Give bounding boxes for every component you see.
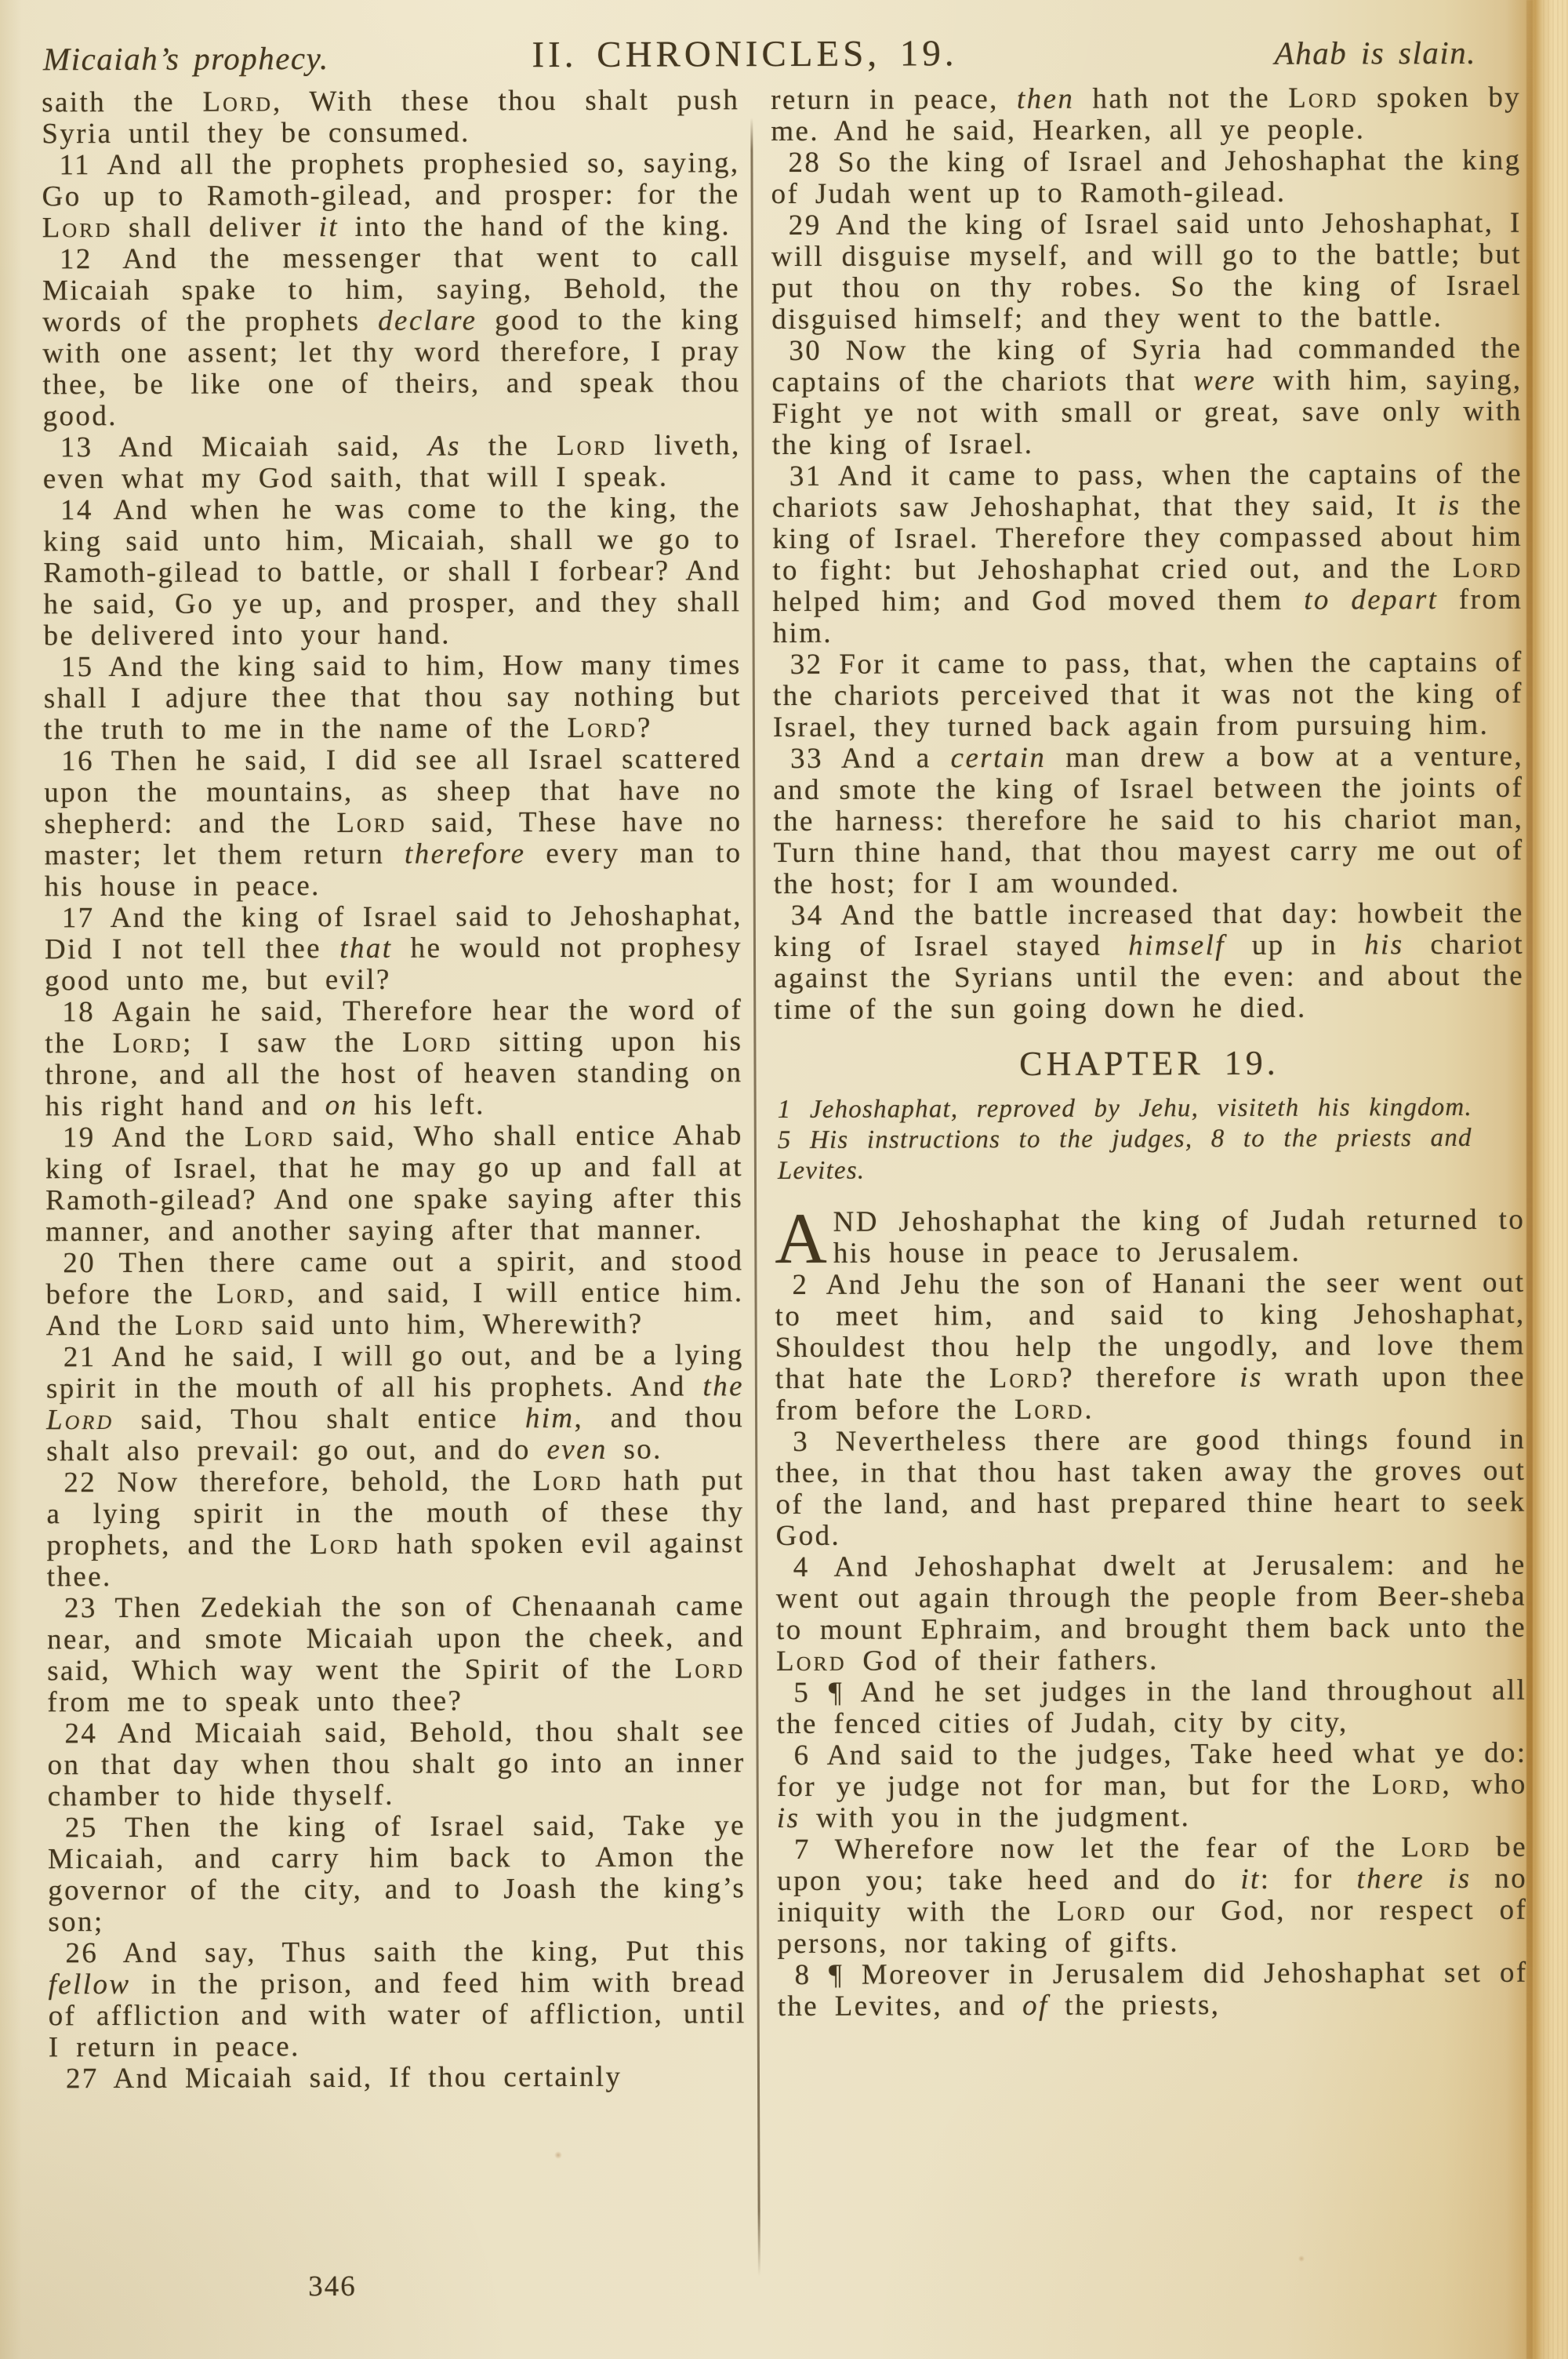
verse-number: 34 xyxy=(791,900,840,932)
verse: 24 And Micaiah said, Behold, thou shalt … xyxy=(47,1716,745,1812)
drop-cap-lead: ND xyxy=(833,1206,879,1238)
verse: 23 Then Zedekiah the son of Chenaanah ca… xyxy=(47,1590,746,1718)
italic-emphasis: His instructions to the judges, xyxy=(810,1125,1211,1154)
verse: 18 Again he said, Therefore hear the wor… xyxy=(45,994,743,1122)
divine-name-small-caps: Lord xyxy=(202,85,273,118)
running-head-center: II. CHRONICLES, 19. xyxy=(0,31,1494,78)
verse: 33 And a certain man drew a bow at a ven… xyxy=(773,741,1524,900)
page-fore-edge xyxy=(1543,0,1568,2359)
divine-name-small-caps: Lord xyxy=(1453,552,1523,584)
verse-number: 6 xyxy=(793,1739,826,1772)
divine-name-small-caps: Lord xyxy=(1057,1895,1127,1927)
verse: 11 And all the prophets prophesied so, s… xyxy=(42,147,739,244)
italic-emphasis: him xyxy=(525,1402,575,1434)
verse: 26 And say, Thus saith the king, Put thi… xyxy=(48,1936,746,2063)
italic-emphasis: certain xyxy=(951,742,1047,774)
verse-with-drop-cap: AND Jehoshaphat the king of Judah return… xyxy=(775,1205,1525,1270)
divine-name-small-caps: Lord xyxy=(557,430,627,462)
verse: 12 And the messenger that went to call M… xyxy=(42,242,741,432)
italic-emphasis: to depart xyxy=(1304,583,1438,616)
divine-name-small-caps: Lord xyxy=(310,1528,380,1561)
verse: 4 And Jehoshaphat dwelt at Jerusalem: an… xyxy=(776,1550,1527,1677)
italic-emphasis: even xyxy=(546,1434,608,1466)
verse: 14 And when he was come to the king, the… xyxy=(43,493,742,652)
italic-emphasis: is xyxy=(1240,1361,1263,1394)
verse: 30 Now the king of Syria had commanded t… xyxy=(771,333,1523,461)
verse-number: 13 xyxy=(60,431,119,463)
italic-emphasis: therefore xyxy=(405,838,526,871)
chapter-summary: 1 Jehoshaphat, reproved by Jehu, visitet… xyxy=(778,1092,1497,1187)
verse-number: 11 xyxy=(59,149,107,181)
verse: 28 So the king of Israel and Jehoshaphat… xyxy=(771,145,1521,210)
verse-number: 21 xyxy=(64,1341,112,1373)
page-number: 346 xyxy=(308,2270,357,2303)
verse: 15 And the king said to him, How many ti… xyxy=(44,649,742,746)
divine-name-small-caps: Lord xyxy=(402,1026,473,1058)
column-divider-rule xyxy=(750,118,760,2276)
chapter-heading: CHAPTER 19. xyxy=(774,1047,1524,1081)
italic-emphasis: were xyxy=(1193,365,1256,397)
italic-emphasis: is xyxy=(777,1802,800,1834)
verse: 13 And Micaiah said, As the Lord liveth,… xyxy=(43,430,741,495)
running-head-right: Ahab is slain. xyxy=(1275,34,1477,72)
italic-emphasis: the xyxy=(702,1370,744,1402)
verse: 19 And the Lord said, Who shall entice A… xyxy=(45,1120,744,1248)
verse: 32 For it came to pass, that, when the c… xyxy=(773,647,1523,743)
divine-name-small-caps: Lord xyxy=(113,1027,183,1060)
verse-number: 2 xyxy=(792,1269,826,1301)
divine-name-small-caps: Lord xyxy=(42,212,113,244)
divine-name-small-caps: Lord xyxy=(175,1309,245,1341)
verse-number: 7 xyxy=(794,1834,835,1866)
verse-number: 15 xyxy=(61,651,109,683)
verse-number: 26 xyxy=(65,1937,122,1969)
divine-name-small-caps: Lord xyxy=(1401,1831,1472,1863)
verse: 8 ¶ Moreover in Jerusalem did Jehoshapha… xyxy=(777,1957,1527,2023)
divine-name-small-caps: Lord xyxy=(1372,1768,1443,1801)
verse: 3 Nevertheless there are good things fou… xyxy=(775,1424,1526,1552)
verse: 2 And Jehu the son of Hanani the seer we… xyxy=(775,1267,1526,1427)
verse-number: 33 xyxy=(790,743,841,775)
italic-emphasis: declare xyxy=(378,304,477,336)
verse: 16 Then he said, I did see all Israel sc… xyxy=(44,743,742,903)
italic-emphasis: of xyxy=(1022,1990,1049,2022)
verse-number: 22 xyxy=(64,1467,117,1499)
verse: 25 Then the king of Israel said, Take ye… xyxy=(48,1810,746,1938)
italic-emphasis: Jehoshaphat, reproved by Jehu, visiteth … xyxy=(810,1093,1472,1124)
divine-name-small-caps: Lord xyxy=(532,1465,603,1497)
divine-name-small-caps: Lord xyxy=(567,712,637,744)
verse-number: 5 xyxy=(793,1677,829,1709)
divine-name-small-caps: Lord xyxy=(1014,1394,1085,1426)
verse-number: 31 xyxy=(789,460,838,493)
italic-emphasis: himself xyxy=(1128,929,1225,961)
italic-emphasis: there is xyxy=(1356,1863,1471,1896)
verse-number: 20 xyxy=(63,1247,118,1279)
verse: 17 And the king of Israel said to Jehosh… xyxy=(45,900,742,997)
italic-emphasis: it xyxy=(319,211,339,243)
verse-number: 32 xyxy=(790,649,840,681)
verse-number: 12 xyxy=(60,243,122,275)
italic-emphasis: As xyxy=(428,430,461,462)
verse-number: 23 xyxy=(64,1592,115,1624)
verse: 27 And Micaiah said, If thou certainly xyxy=(49,2061,746,2095)
divine-name-small-caps: Lord xyxy=(776,1645,847,1677)
verse-number: 8 xyxy=(794,1959,829,1991)
divine-name-small-caps: Lord xyxy=(216,1278,287,1310)
verse: 7 Wherefore now let the fear of the Lord… xyxy=(777,1832,1528,1960)
verse-number: 17 xyxy=(62,902,111,934)
verse: 5 ¶ And he set judges in the land throug… xyxy=(776,1675,1526,1740)
verse-number: 19 xyxy=(63,1121,112,1154)
page-edge-crease-icon xyxy=(1526,0,1533,2359)
italic-emphasis: fellow xyxy=(49,1968,131,2001)
divine-name-small-caps: Lord xyxy=(989,1362,1060,1394)
verse-number: 4 xyxy=(793,1551,834,1583)
verse: 31 And it came to pass, when the captain… xyxy=(772,459,1523,649)
verse: 29 And the king of Israel said unto Jeho… xyxy=(771,208,1523,336)
verse: 21 And he said, I will go out, and be a … xyxy=(46,1339,745,1467)
verse-number: 27 xyxy=(66,2063,114,2095)
verse: 20 Then there came out a spirit, and sto… xyxy=(45,1245,743,1342)
verse-number: 14 xyxy=(60,494,113,526)
verse-number: 16 xyxy=(61,745,111,777)
text-column-right: return in peace, then hath not the Lord … xyxy=(771,82,1528,2023)
divine-name-small-caps: Lord xyxy=(245,1121,315,1153)
text-column-left: saith the Lord, With these thou shalt pu… xyxy=(42,85,746,2095)
verse-continuation: saith the Lord, With these thou shalt pu… xyxy=(42,85,739,150)
verse-number: 3 xyxy=(793,1426,836,1458)
divine-name-small-caps: Lord xyxy=(675,1652,746,1685)
verse-continuation: return in peace, then hath not the Lord … xyxy=(771,82,1521,147)
verse-number: 30 xyxy=(789,335,846,367)
verse-number: 28 xyxy=(788,147,837,179)
italic-emphasis: that xyxy=(339,932,392,965)
divine-name-small-caps: Lord xyxy=(46,1404,114,1436)
italic-emphasis: on xyxy=(325,1089,358,1121)
divine-name-small-caps: Lord xyxy=(1288,82,1359,114)
verse-number: 24 xyxy=(64,1717,118,1750)
italic-emphasis: it xyxy=(1240,1863,1261,1896)
italic-emphasis: then xyxy=(1017,83,1074,115)
verse: 22 Now therefore, behold, the Lord hath … xyxy=(46,1465,745,1593)
verse: 34 And the battle increased that day: ho… xyxy=(774,898,1525,1026)
drop-cap: A xyxy=(775,1207,833,1267)
verse-number: 25 xyxy=(65,1812,125,1844)
divine-name-small-caps: Lord xyxy=(336,807,407,839)
verse-number: 29 xyxy=(789,209,837,242)
book-page-scan: Micaiah’s prophecy. II. CHRONICLES, 19. … xyxy=(0,0,1568,2359)
verse: 6 And said to the judges, Take heed what… xyxy=(776,1738,1526,1834)
italic-emphasis: is xyxy=(1438,489,1461,522)
running-head: Micaiah’s prophecy. II. CHRONICLES, 19. … xyxy=(0,31,1525,80)
italic-emphasis: his xyxy=(1364,929,1404,961)
page-content: Micaiah’s prophecy. II. CHRONICLES, 19. … xyxy=(0,0,1568,2359)
verse-number: 18 xyxy=(62,996,112,1028)
